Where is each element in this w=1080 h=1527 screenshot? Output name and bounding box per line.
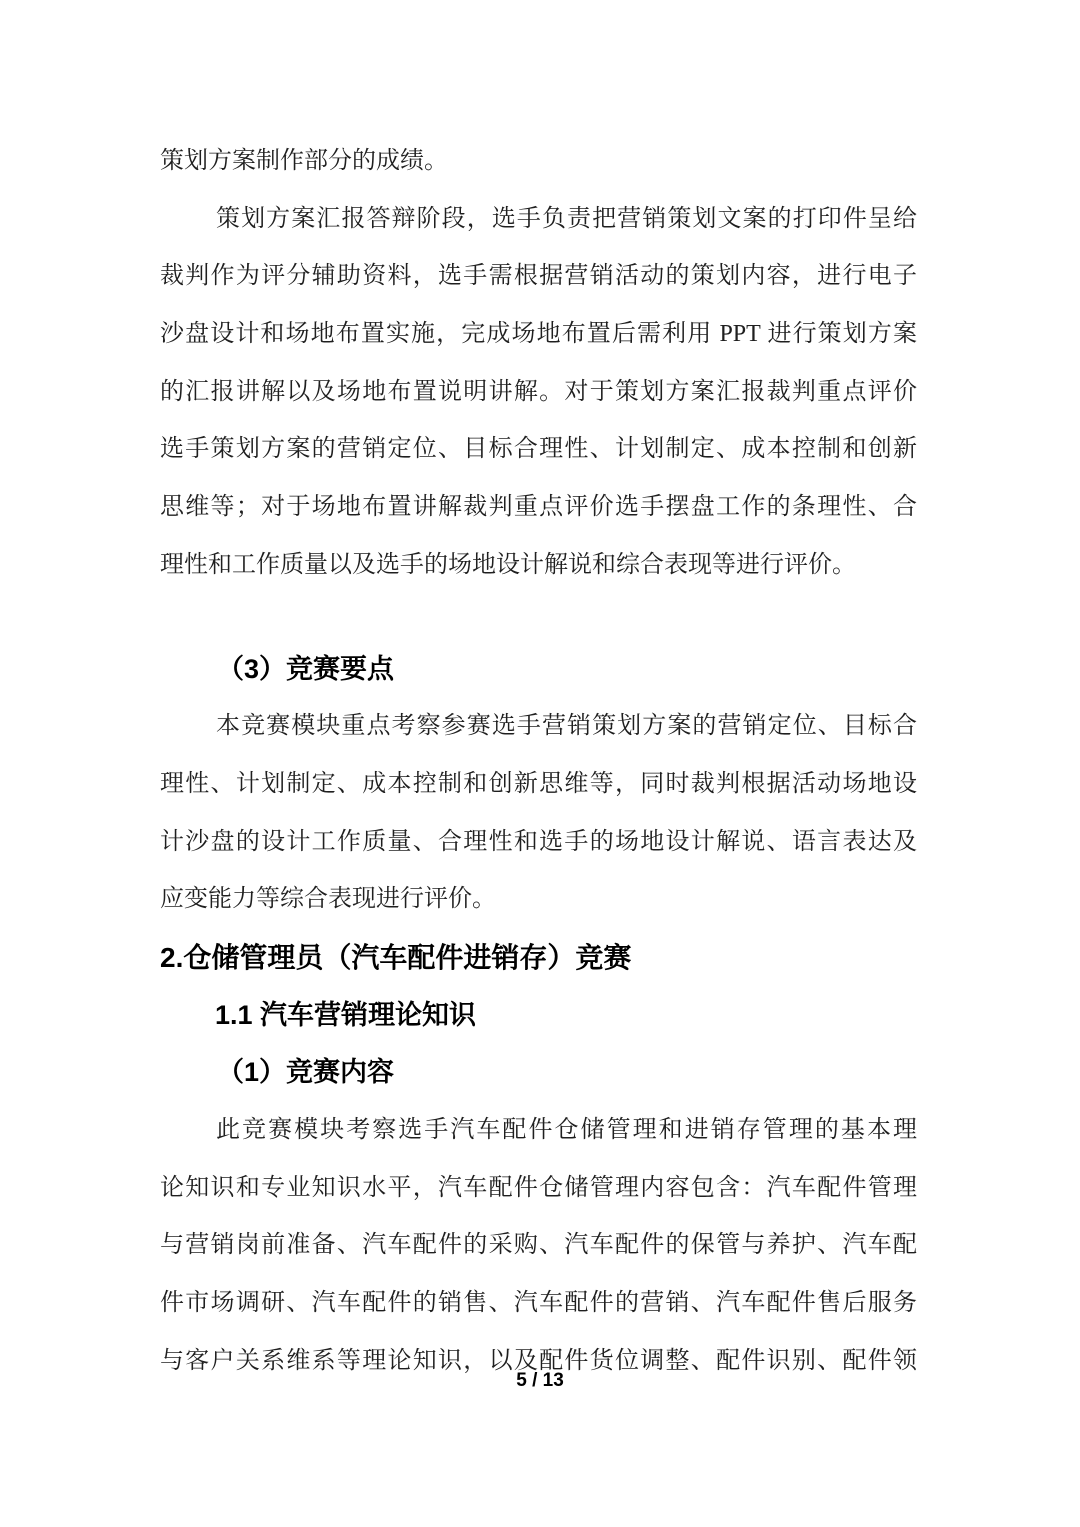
numbered-heading: （3）竞赛要点 [160, 641, 917, 699]
body-text-line: 此竞赛模块考察选手汽车配件仓储管理和进销存管理的基本理 [160, 1102, 917, 1160]
body-text-line: 选手策划方案的营销定位、目标合理性、计划制定、成本控制和创新 [160, 421, 917, 479]
document-content: 策划方案制作部分的成绩。策划方案汇报答辩阶段，选手负责把营销策划文案的打印件呈给… [160, 133, 917, 1390]
subsection-heading: 1.1 汽车营销理论知识 [160, 987, 917, 1045]
body-text-line: 裁判作为评分辅助资料，选手需根据营销活动的策划内容，进行电子 [160, 248, 917, 306]
numbered-heading: （1）竞赛内容 [160, 1044, 917, 1102]
body-text-line: 件市场调研、汽车配件的销售、汽车配件的营销、汽车配件售后服务 [160, 1275, 917, 1333]
body-text-line: 计沙盘的设计工作质量、合理性和选手的场地设计解说、语言表达及 [160, 814, 917, 872]
page-number-indicator: 5 / 13 [516, 1370, 564, 1391]
body-text-line: 沙盘设计和场地布置实施，完成场地布置后需利用 PPT 进行策划方案 [160, 306, 917, 364]
body-text-line: 理性、计划制定、成本控制和创新思维等，同时裁判根据活动场地设 [160, 756, 917, 814]
body-text-line: 论知识和专业知识水平，汽车配件仓储管理内容包含：汽车配件管理 [160, 1160, 917, 1218]
body-text-line: 理性和工作质量以及选手的场地设计解说和综合表现等进行评价。 [160, 537, 917, 595]
body-text-line: 策划方案汇报答辩阶段，选手负责把营销策划文案的打印件呈给 [160, 191, 917, 249]
body-text-line: 策划方案制作部分的成绩。 [160, 133, 917, 191]
body-text-line: 思维等；对于场地布置讲解裁判重点评价选手摆盘工作的条理性、合 [160, 479, 917, 537]
body-text-line: 本竞赛模块重点考察参赛选手营销策划方案的营销定位、目标合 [160, 698, 917, 756]
paragraph-spacer [160, 595, 917, 641]
page-footer: 5 / 13 [0, 1370, 1080, 1392]
section-heading: 2.仓储管理员（汽车配件进销存）竞赛 [160, 929, 917, 987]
body-text-line: 的汇报讲解以及场地布置说明讲解。对于策划方案汇报裁判重点评价 [160, 364, 917, 422]
body-text-line: 与营销岗前准备、汽车配件的采购、汽车配件的保管与养护、汽车配 [160, 1217, 917, 1275]
body-text-line: 应变能力等综合表现进行评价。 [160, 871, 917, 929]
document-page: 策划方案制作部分的成绩。策划方案汇报答辩阶段，选手负责把营销策划文案的打印件呈给… [0, 0, 1080, 1527]
